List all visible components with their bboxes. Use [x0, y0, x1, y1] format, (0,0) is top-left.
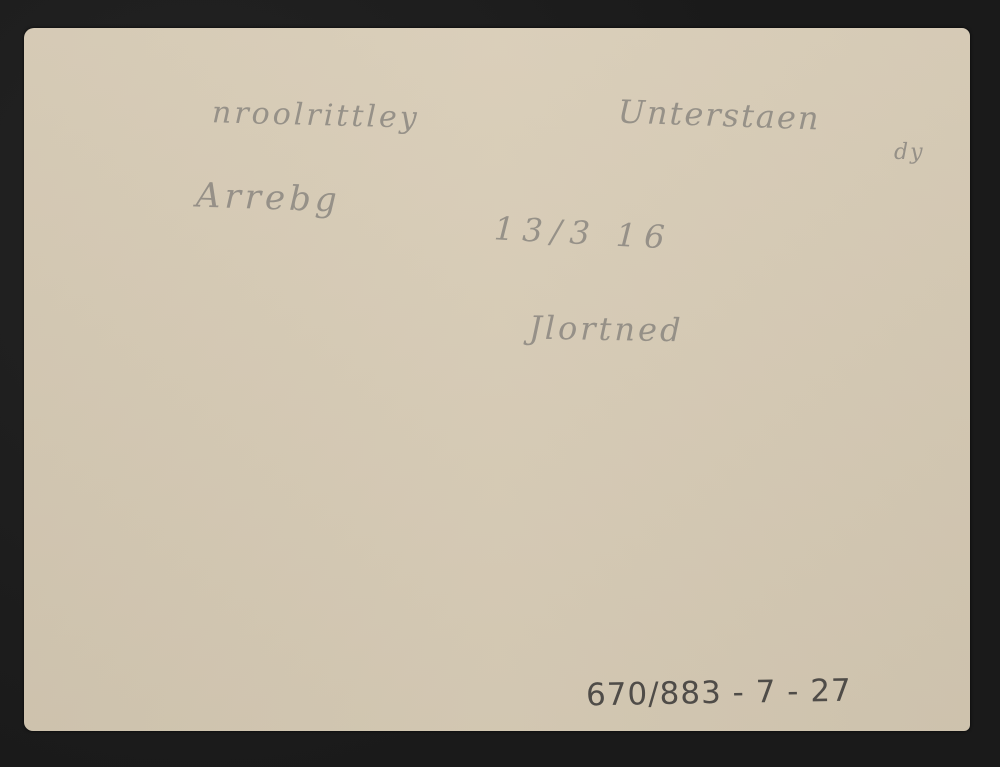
handwritten-note-line1-right: Unterstaen: [617, 92, 821, 137]
archive-card: nroolrittley Unterstaen dy Arrebg 13/3 1…: [24, 28, 970, 731]
handwritten-note-line1-left: nroolrittley: [212, 95, 421, 135]
handwritten-note-line3: Jlortned: [529, 309, 684, 350]
handwritten-note-line1-sub: dy: [894, 140, 925, 165]
archive-reference-number: 670/883 - 7 - 27: [586, 673, 852, 714]
handwritten-date: 13/3 16: [493, 209, 673, 256]
handwritten-note-line2-word: Arrebg: [195, 175, 341, 220]
